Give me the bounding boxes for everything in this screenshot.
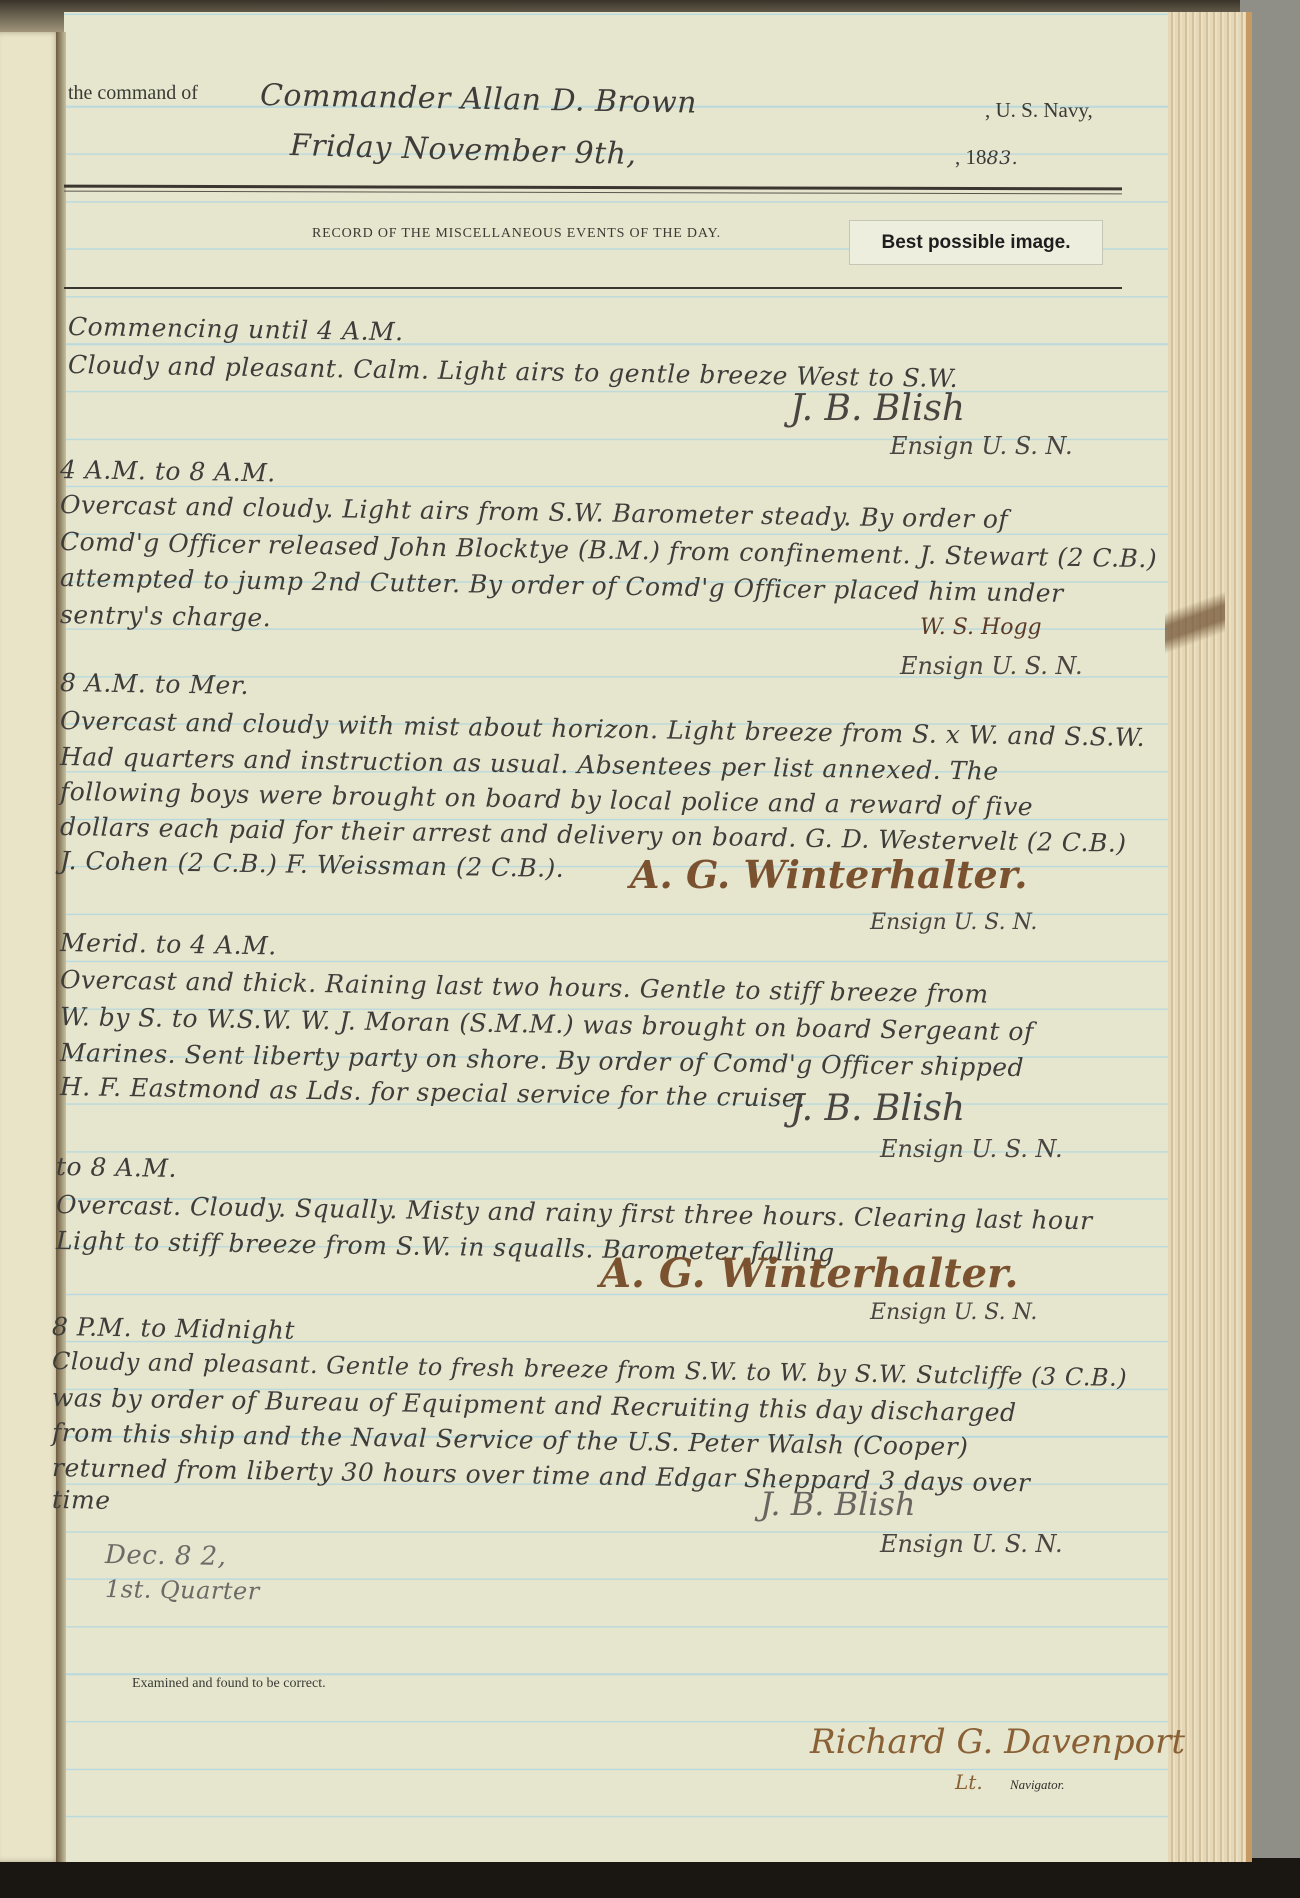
margin-note-quarter: 1st. Quarter <box>105 1575 260 1605</box>
section-rule <box>64 287 1122 289</box>
watch-heading: Commencing until 4 A.M. <box>68 312 404 346</box>
watch-heading: 4 A.M. to 8 A.M. <box>60 455 276 487</box>
year-prefix: , 1883. <box>955 145 1018 170</box>
page-stack-edge <box>1168 12 1252 1862</box>
navigator-title: Navigator. <box>1010 1777 1065 1793</box>
year-prefix-text: , 18 <box>955 145 987 169</box>
signature-rank: Ensign U. S. N. <box>880 1135 1063 1163</box>
section-title: RECORD OF THE MISCELLANEOUS EVENTS OF TH… <box>312 226 721 242</box>
watch-heading: Merid. to 4 A.M. <box>60 928 277 960</box>
signature-rank: Ensign U. S. N. <box>890 432 1073 460</box>
signature-rank: Ensign U. S. N. <box>900 652 1083 680</box>
entry-line: time <box>52 1485 111 1515</box>
facing-page-edge <box>0 32 60 1862</box>
watch-heading: 8 P.M. to Midnight <box>52 1312 295 1345</box>
signature: J. B. Blish <box>790 388 965 429</box>
best-possible-image-notice: Best possible image. <box>849 220 1103 265</box>
command-prefix: the command of <box>68 82 198 105</box>
margin-note-date: Dec. 8 2, <box>105 1540 227 1572</box>
watch-heading: 8 A.M. to Mer. <box>60 668 249 700</box>
examined-statement: Examined and found to be correct. <box>132 1676 326 1692</box>
year-suffix: 83. <box>987 147 1019 169</box>
signature: W. S. Hogg <box>920 615 1042 640</box>
signature: J. B. Blish <box>760 1485 916 1523</box>
signature: A. G. Winterhalter. <box>600 1250 1018 1297</box>
service-label: , U. S. Navy, <box>985 98 1093 123</box>
signature: A. G. Winterhalter. <box>630 852 1028 897</box>
signature-rank: Ensign U. S. N. <box>870 910 1037 935</box>
page-edge-stain <box>1165 590 1225 660</box>
signature: J. B. Blish <box>790 1088 965 1129</box>
signature-rank: Ensign U. S. N. <box>870 1300 1037 1325</box>
navigator-signature: Richard G. Davenport <box>810 1722 1185 1762</box>
background-bottom <box>0 1858 1300 1898</box>
navigator-rank-handwritten: Lt. <box>955 1770 983 1794</box>
signature-rank: Ensign U. S. N. <box>880 1530 1063 1558</box>
entry-line: sentry's charge. <box>60 600 272 632</box>
watch-heading: to 8 A.M. <box>56 1152 177 1183</box>
